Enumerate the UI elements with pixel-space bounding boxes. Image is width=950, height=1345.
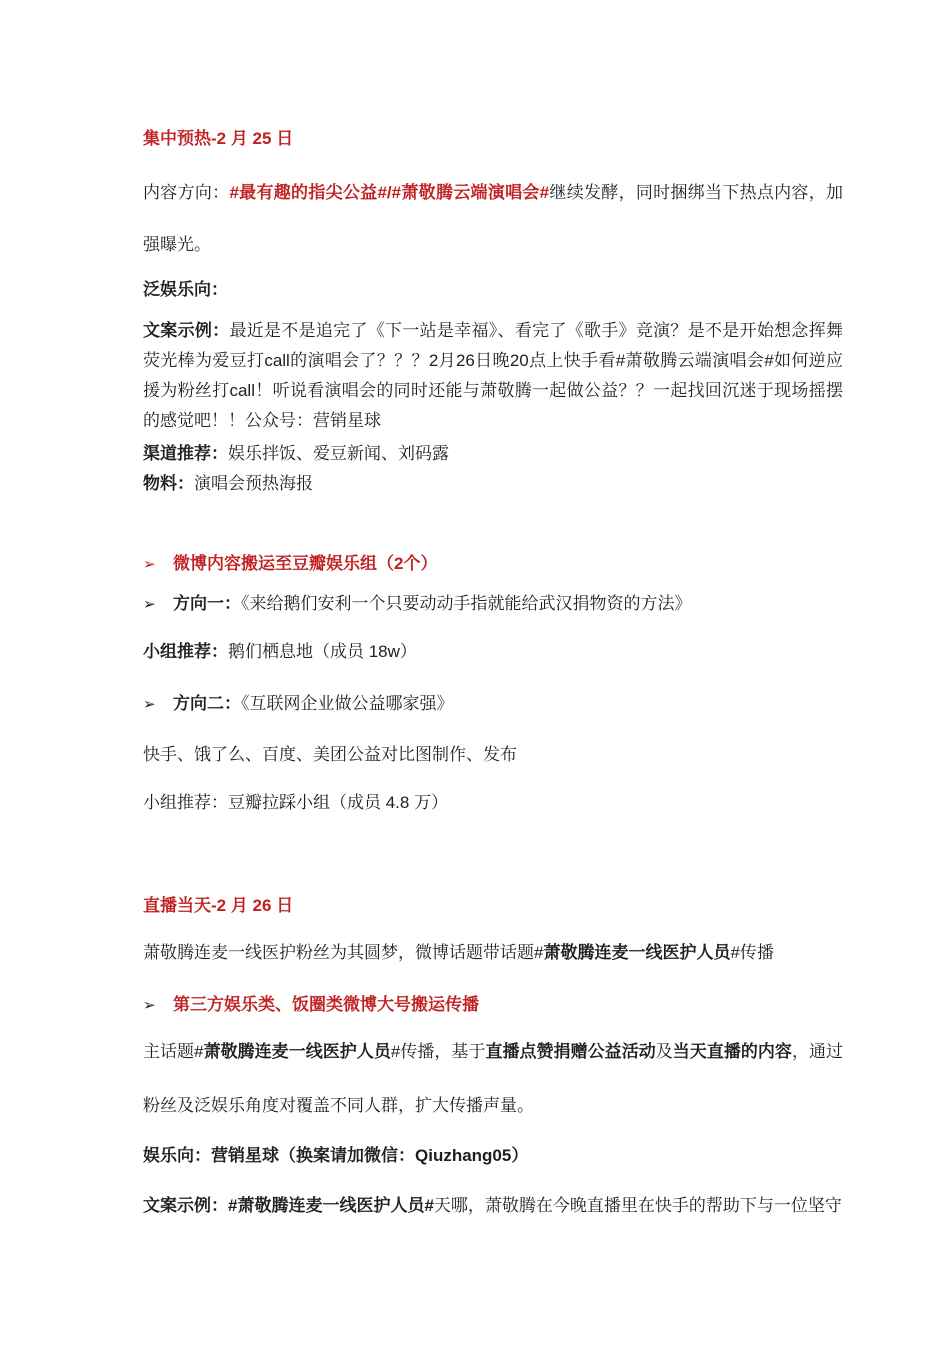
section-heading-live-day: 直播当天-2 月 26 日 <box>143 891 843 921</box>
direction-one-label: 方向一： <box>173 594 241 613</box>
channel-recommend-value: 娱乐拌饭、爱豆新闻、刘码露 <box>228 444 449 463</box>
copy-example-2-label: 文案示例：#萧敬腾连麦一线医护人员# <box>143 1196 434 1215</box>
direction-two-label: 方向二： <box>173 694 241 713</box>
content-direction-hashtags: #最有趣的指尖公益#/#萧敬腾云端演唱会# <box>229 183 549 202</box>
pan-entertainment-label-text: 泛娱乐向： <box>143 280 228 299</box>
compare-note-line: 快手、饿了么、百度、美团公益对比图制作、发布 <box>143 740 843 770</box>
group-recommend-one-label: 小组推荐： <box>143 642 228 661</box>
live-day-intro-pre: 萧敬腾连麦一线医护粉丝为其圆梦，微博话题带话题# <box>143 943 543 962</box>
main-topic-p3: 及 <box>656 1042 673 1061</box>
live-day-intro-line: 萧敬腾连麦一线医护粉丝为其圆梦，微博话题带话题#萧敬腾连麦一线医护人员#传播 <box>143 938 843 968</box>
copy-example-1-body: 最近是不是追完了《下一站是幸福》、看完了《歌手》竞演？是不是开始想念挥舞荧光棒为… <box>143 321 843 430</box>
direction-one-title: 《来给鹅们安利一个只要动动手指就能给武汉捐物资的方法》 <box>241 594 692 613</box>
paragraph-content-direction: 内容方向：#最有趣的指尖公益#/#萧敬腾云端演唱会#继续发酵，同时捆绑当下热点内… <box>143 167 843 271</box>
document-page: 集中预热-2 月 25 日 内容方向：#最有趣的指尖公益#/#萧敬腾云端演唱会#… <box>0 0 950 1345</box>
content-direction-label: 内容方向： <box>143 183 229 202</box>
material-label: 物料： <box>143 474 194 493</box>
group-recommend-two-line: 小组推荐：豆瓣拉踩小组（成员 4.8 万） <box>143 788 843 818</box>
entertainment-channel-text: 娱乐向：营销星球（换案请加微信：Qiuzhang05） <box>143 1146 528 1165</box>
copy-example-1-label: 文案示例： <box>143 321 229 340</box>
material-line: 物料：演唱会预热海报 <box>143 469 843 499</box>
copy-example-2-body: 天哪，萧敬腾在今晚直播里在快手的帮助下与一位坚守 <box>434 1196 842 1215</box>
main-topic-b2: 直播点赞捐赠公益活动 <box>485 1042 655 1061</box>
bullet-third-party: ➢第三方娱乐类、饭圈类微博大号搬运传播 <box>143 990 843 1021</box>
main-topic-b3: 当天直播的内容 <box>673 1042 792 1061</box>
live-day-intro-post: #传播 <box>730 943 773 962</box>
live-day-intro-topic: 萧敬腾连麦一线医护人员 <box>543 943 730 962</box>
entertainment-channel-line: 娱乐向：营销星球（换案请加微信：Qiuzhang05） <box>143 1141 843 1171</box>
material-value: 演唱会预热海报 <box>194 474 313 493</box>
paragraph-copy-example-1: 文案示例：最近是不是追完了《下一站是幸福》、看完了《歌手》竞演？是不是开始想念挥… <box>143 316 843 436</box>
group-recommend-two-text: 小组推荐：豆瓣拉踩小组（成员 4.8 万） <box>143 793 448 812</box>
bullet-direction-two: ➢方向二：《互联网企业做公益哪家强》 <box>143 689 843 720</box>
pan-entertainment-label: 泛娱乐向： <box>143 275 843 305</box>
bullet-weibo-to-douban-text: 微博内容搬运至豆瓣娱乐组（2个） <box>173 554 437 573</box>
group-recommend-one-line: 小组推荐：鹅们栖息地（成员 18w） <box>143 637 843 667</box>
bullet-third-party-text: 第三方娱乐类、饭圈类微博大号搬运传播 <box>173 995 479 1014</box>
compare-note-text: 快手、饿了么、百度、美团公益对比图制作、发布 <box>143 745 517 764</box>
section-heading-preheat-text: 集中预热-2 月 25 日 <box>143 129 293 148</box>
direction-two-title: 《互联网企业做公益哪家强》 <box>241 694 454 713</box>
paragraph-copy-example-2: 文案示例：#萧敬腾连麦一线医护人员#天哪，萧敬腾在今晚直播里在快手的帮助下与一位… <box>143 1191 843 1221</box>
bullet-arrow-icon: ➢ <box>143 550 173 580</box>
bullet-direction-one: ➢方向一：《来给鹅们安利一个只要动动手指就能给武汉捐物资的方法》 <box>143 589 843 620</box>
paragraph-main-topic: 主话题#萧敬腾连麦一线医护人员#传播，基于直播点赞捐赠公益活动及当天直播的内容，… <box>143 1025 843 1133</box>
bullet-arrow-icon: ➢ <box>143 991 173 1021</box>
group-recommend-one-value: 鹅们栖息地（成员 18w） <box>228 642 417 661</box>
channel-recommend-label: 渠道推荐： <box>143 444 228 463</box>
channel-recommend-line: 渠道推荐：娱乐拌饭、爱豆新闻、刘码露 <box>143 439 843 469</box>
main-topic-p1: 主话题# <box>143 1042 204 1061</box>
main-topic-p2: #传播，基于 <box>391 1042 486 1061</box>
bullet-weibo-to-douban: ➢微博内容搬运至豆瓣娱乐组（2个） <box>143 549 843 580</box>
main-topic-b1: 萧敬腾连麦一线医护人员 <box>204 1042 391 1061</box>
bullet-arrow-icon: ➢ <box>143 590 173 620</box>
section-heading-preheat: 集中预热-2 月 25 日 <box>143 124 843 154</box>
document-content: 集中预热-2 月 25 日 内容方向：#最有趣的指尖公益#/#萧敬腾云端演唱会#… <box>143 0 843 1221</box>
section-heading-live-day-text: 直播当天-2 月 26 日 <box>143 896 293 915</box>
bullet-arrow-icon: ➢ <box>143 690 173 720</box>
